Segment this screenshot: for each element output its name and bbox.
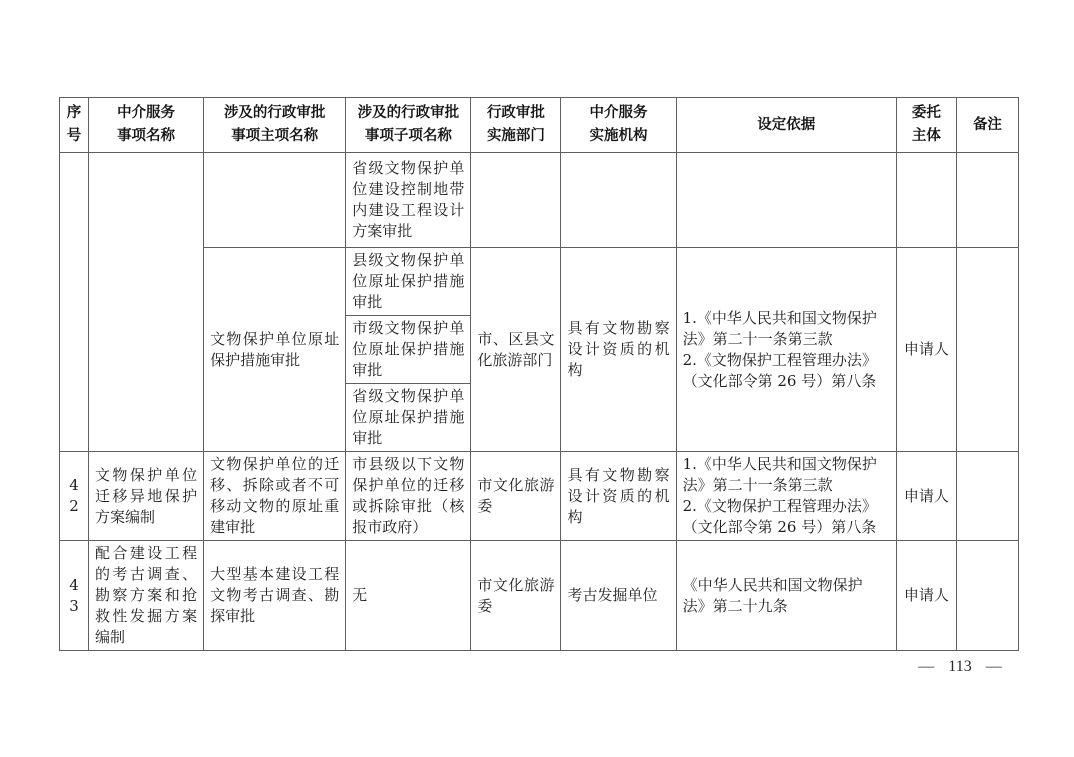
cell-cont-main-item: 文物保护单位原址保护措施审批 bbox=[204, 248, 346, 452]
col-header-legal-basis: 设定依据 bbox=[676, 98, 896, 153]
cell-cont-basis-empty bbox=[676, 153, 896, 248]
cell-42-sub-item: 市县级以下文物保护单位的迁移或拆除审批（核报市政府） bbox=[346, 452, 471, 541]
cell-43-legal-basis: 《中华人民共和国文物保护 法》第二十九条 bbox=[676, 541, 896, 651]
cell-cont-service-agency: 具有文物勘察设计资质的机构 bbox=[561, 248, 676, 452]
cell-cont-sub-item-b: 县级文物保护单位原址保护措施审批 bbox=[346, 248, 471, 316]
cell-43-sub-item: 无 bbox=[346, 541, 471, 651]
table-header-row: 序 号 中介服务 事项名称 涉及的行政审批 事项主项名称 涉及的行政审批 事项子… bbox=[60, 98, 1019, 153]
approval-items-table: 序 号 中介服务 事项名称 涉及的行政审批 事项主项名称 涉及的行政审批 事项子… bbox=[59, 97, 1019, 651]
cell-42-service-name: 文物保护单位迁移异地保护方案编制 bbox=[89, 452, 204, 541]
col-header-principal: 委托 主体 bbox=[896, 98, 956, 153]
cell-43-principal: 申请人 bbox=[896, 541, 956, 651]
cell-cont-sub-item-d: 省级文物保护单位原址保护措施审批 bbox=[346, 384, 471, 452]
cell-cont-legal-basis: 1.《中华人民共和国文物保护 法》第二十一条第三款 2.《文物保护工程管理办法》… bbox=[676, 248, 896, 452]
cell-cont-sub-item-a: 省级文物保护单位建设控制地带内建设工程设计方案审批 bbox=[346, 153, 471, 248]
cell-cont-remark-empty bbox=[956, 153, 1018, 248]
col-header-sub-item: 涉及的行政审批 事项子项名称 bbox=[346, 98, 471, 153]
table-row-43: 43 配合建设工程的考古调查、勘察方案和抢救性发掘方案编制 大型基本建设工程文物… bbox=[60, 541, 1019, 651]
cell-43-remark bbox=[956, 541, 1018, 651]
cell-cont-principal-empty bbox=[896, 153, 956, 248]
cell-43-service-agency: 考古发掘单位 bbox=[561, 541, 676, 651]
cell-43-approval-dept: 市文化旅游委 bbox=[471, 541, 561, 651]
cell-42-legal-basis: 1.《中华人民共和国文物保护 法》第二十一条第三款 2.《文物保护工程管理办法》… bbox=[676, 452, 896, 541]
cell-43-main-item: 大型基本建设工程文物考古调查、勘探审批 bbox=[204, 541, 346, 651]
cell-42-seq-no: 42 bbox=[60, 452, 89, 541]
cell-42-remark bbox=[956, 452, 1018, 541]
col-header-seq-no: 序 号 bbox=[60, 98, 89, 153]
cell-cont-dept-empty bbox=[471, 153, 561, 248]
col-header-main-item: 涉及的行政审批 事项主项名称 bbox=[204, 98, 346, 153]
cell-43-service-name: 配合建设工程的考古调查、勘察方案和抢救性发掘方案编制 bbox=[89, 541, 204, 651]
table-row-cont-a: 省级文物保护单位建设控制地带内建设工程设计方案审批 bbox=[60, 153, 1019, 248]
col-header-service-agency: 中介服务 实施机构 bbox=[561, 98, 676, 153]
table-row-cont-b: 文物保护单位原址保护措施审批 县级文物保护单位原址保护措施审批 市、区县文化旅游… bbox=[60, 248, 1019, 316]
col-header-service-name: 中介服务 事项名称 bbox=[89, 98, 204, 153]
cell-42-service-agency: 具有文物勘察设计资质的机构 bbox=[561, 452, 676, 541]
cell-cont-seq-no bbox=[60, 153, 89, 452]
cell-42-main-item: 文物保护单位的迁移、拆除或者不可移动文物的原址重建审批 bbox=[204, 452, 346, 541]
col-header-approval-dept: 行政审批 实施部门 bbox=[471, 98, 561, 153]
page-number: — 113 — bbox=[905, 658, 1015, 676]
cell-cont-principal: 申请人 bbox=[896, 248, 956, 452]
cell-42-principal: 申请人 bbox=[896, 452, 956, 541]
cell-cont-approval-dept: 市、区县文化旅游部门 bbox=[471, 248, 561, 452]
table-row-42: 42 文物保护单位迁移异地保护方案编制 文物保护单位的迁移、拆除或者不可移动文物… bbox=[60, 452, 1019, 541]
col-header-remark: 备注 bbox=[956, 98, 1018, 153]
cell-cont-agency-empty bbox=[561, 153, 676, 248]
cell-42-approval-dept: 市文化旅游委 bbox=[471, 452, 561, 541]
cell-cont-main-empty bbox=[204, 153, 346, 248]
cell-cont-service-name bbox=[89, 153, 204, 452]
cell-43-seq-no: 43 bbox=[60, 541, 89, 651]
document-page: 序 号 中介服务 事项名称 涉及的行政审批 事项主项名称 涉及的行政审批 事项子… bbox=[0, 0, 1074, 757]
cell-cont-remark bbox=[956, 248, 1018, 452]
cell-cont-sub-item-c: 市级文物保护单位原址保护措施审批 bbox=[346, 316, 471, 384]
